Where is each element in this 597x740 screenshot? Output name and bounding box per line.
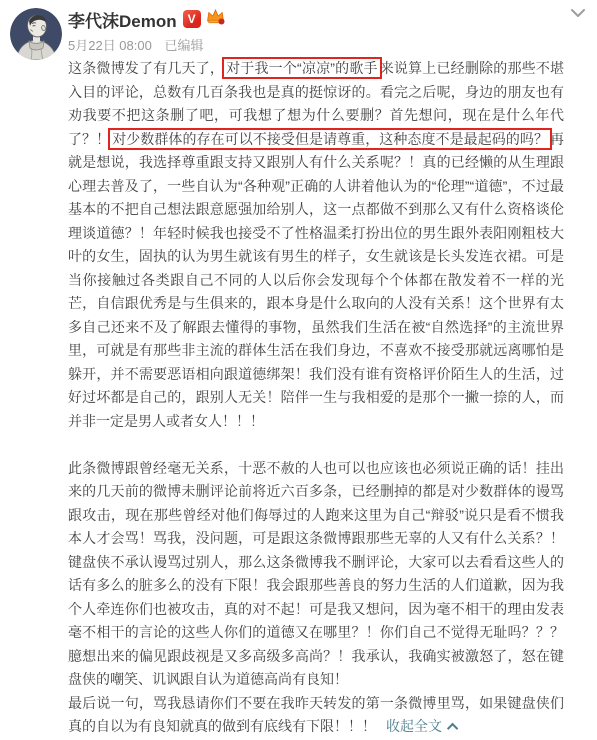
post-content: 这条微博发了有几天了，对于我一个“凉凉”的歌手来说算上已经删除的那些不堪入目的评… — [68, 57, 564, 739]
verified-v-icon: V — [183, 10, 201, 28]
avatar[interactable] — [10, 8, 62, 60]
red-highlight-box-1: 对于我一个“凉凉”的歌手 — [222, 57, 382, 79]
post-meta: 5月22日 08:00 已编辑 — [68, 35, 225, 54]
chevron-down-icon[interactable] — [570, 6, 586, 24]
collapse-full-text-link[interactable]: 收起全文 — [386, 718, 442, 734]
body-text: 再就是想说，我选择尊重跟支持又跟别人有什么关系呢？！真的已经懒的从生理跟心理去普… — [68, 131, 564, 429]
body-text: 这条微博发了有几天了， — [68, 60, 224, 76]
paragraph-3: 最后说一句，骂我恳请你们不要在我昨天转发的第一条微博里骂，如果键盘侠们真的自以为… — [68, 692, 564, 739]
paragraph-1: 这条微博发了有几天了，对于我一个“凉凉”的歌手来说算上已经删除的那些不堪入目的评… — [68, 57, 564, 433]
post-header: 李代沫Demon V 5月22日 08:00 已编辑 — [68, 8, 225, 54]
edited-label: 已编辑 — [164, 38, 203, 53]
chevron-up-icon[interactable] — [447, 723, 458, 734]
avatar-illustration — [10, 8, 62, 60]
timestamp: 5月22日 08:00 — [68, 38, 152, 53]
name-row: 李代沫Demon V — [68, 8, 225, 30]
body-text: 最后说一句，骂我恳请你们不要在我昨天转发的第一条微博里骂，如果键盘侠们真的自以为… — [68, 695, 564, 735]
red-highlight-box-2: 对少数群体的存在可以不接受但是请尊重，这种态度不是最起码的吗？ — [108, 128, 552, 150]
paragraph-2: 此条微博跟曾经毫无关系，十恶不赦的人也可以也应该也必须说正确的话！挂出来的几天前… — [68, 457, 564, 692]
username[interactable]: 李代沫Demon — [68, 7, 177, 32]
vip-crown-icon — [206, 8, 225, 30]
verified-v-letter: V — [188, 12, 196, 26]
weibo-post-card: 李代沫Demon V 5月22日 08:00 已编辑 这条微博发了有几天了，对于… — [0, 0, 597, 740]
